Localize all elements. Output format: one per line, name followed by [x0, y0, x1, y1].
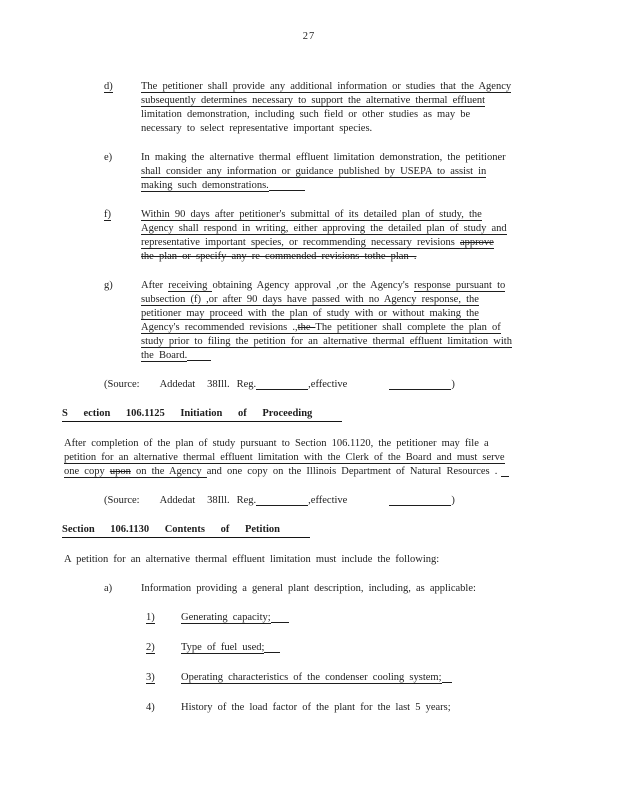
text-run: In making the alternative thermal efflue… [141, 152, 506, 163]
list-label-text: d) [104, 81, 113, 93]
text-run: After [141, 280, 168, 291]
text-run: and one copy on the Illinois Department … [207, 466, 498, 477]
text-line: Generating capacity; [181, 611, 618, 625]
inserted-underlined-text: the Board. [141, 350, 187, 362]
section-heading-text: Section 106.1130 Contents of Petition [62, 523, 310, 538]
text-line: History of the load factor of the plant … [181, 701, 618, 715]
source-line-2: (Source:Addedat38Ill.Reg.,effective) [104, 494, 618, 508]
text-line: Type of fuel used; [181, 641, 618, 655]
text-line: one copy upon on the Agency and one copy… [64, 465, 618, 479]
list-item-content: Type of fuel used; [181, 641, 618, 655]
text-run: Addedat [160, 495, 196, 506]
text-line: shall consider any information or guidan… [141, 165, 618, 179]
inserted-underlined-text: on [131, 466, 152, 478]
inserted-underlined-text: Agency shall respond in writing, either … [141, 223, 507, 235]
text-line: After receiving obtaining Agency approva… [141, 279, 618, 293]
blank-underline [256, 502, 308, 506]
spacer-gap [195, 502, 207, 503]
text-run: (Source: [104, 495, 140, 506]
text-run: ) [451, 495, 455, 506]
text-line: Operating characteristics of the condens… [181, 671, 618, 685]
section-heading-text: S ection 106.1125 Initiation of Proceedi… [62, 407, 342, 422]
blank-underline [187, 357, 211, 361]
list-item-f: f)Within 90 days after petitioner's subm… [104, 208, 618, 264]
inserted-underlined-text: shall consider any information or guidan… [141, 166, 486, 178]
text-run: 38Ill. [207, 495, 229, 506]
list-item-content: History of the load factor of the plant … [181, 701, 618, 715]
list-label: 3) [146, 671, 181, 685]
text-run: ,effective [308, 379, 347, 390]
list-label: d) [104, 80, 141, 136]
blank-underline [271, 619, 289, 623]
list-item-4: 4)History of the load factor of the plan… [146, 701, 618, 715]
text-line: representative important species, or rec… [141, 236, 618, 250]
text-run: ,effective [308, 495, 347, 506]
text-line: necessary to select representative impor… [141, 122, 618, 136]
blank-underline [442, 679, 452, 683]
inserted-underlined-text: The petitioner shall complete the plan o… [315, 322, 500, 334]
text-line: Agency shall respond in writing, either … [141, 222, 618, 236]
text-run: Reg. [237, 495, 257, 506]
paragraph-106-1130-intro: A petition for an alternative thermal ef… [64, 553, 618, 567]
list-item-a: a)Information providing a general plant … [104, 582, 618, 596]
struck-inserted-text: approve [460, 237, 494, 249]
section-heading-106-1125: S ection 106.1125 Initiation of Proceedi… [62, 407, 618, 422]
list-item-3: 3)Operating characteristics of the conde… [146, 671, 618, 685]
paragraph-106-1125: After completion of the plan of study pu… [64, 437, 618, 479]
inserted-underlined-text: Generating capacity; [181, 612, 271, 624]
inserted-underlined-text: subsection (f) ,or after 90 days have pa… [141, 294, 479, 306]
text-run: Reg. [237, 379, 257, 390]
struck-inserted-text: upon [110, 466, 131, 478]
text-line: Information providing a general plant de… [141, 582, 618, 596]
inserted-underlined-text: one copy [64, 466, 110, 478]
page-number: 27 [0, 30, 618, 44]
spacer-gap [140, 502, 160, 503]
list-label-text: 1) [146, 612, 155, 624]
text-run: A petition for an alternative thermal ef… [64, 554, 439, 565]
text-run: obtaining Agency approval ,or the Agency… [212, 280, 413, 291]
text-run: (Source: [104, 379, 140, 390]
list-label-text: 4) [146, 702, 155, 713]
text-line: The petitioner shall provide any additio… [141, 80, 618, 94]
inserted-underlined-text: Operating characteristics of the condens… [181, 672, 442, 684]
list-item-2: 2)Type of fuel used; [146, 641, 618, 655]
list-item-e: e)In making the alternative thermal effl… [104, 151, 618, 193]
text-run: 38Ill. [207, 379, 229, 390]
text-line: the Board. [141, 349, 618, 363]
list-item-content: Information providing a general plant de… [141, 582, 618, 596]
text-run: ) [451, 379, 455, 390]
list-label: e) [104, 151, 141, 193]
inserted-underlined-text: petition for an alternative thermal effl… [64, 452, 505, 464]
list-item-content: Generating capacity; [181, 611, 618, 625]
blank-underline [501, 473, 509, 477]
text-line: Agency's recommended revisions .,the The… [141, 321, 618, 335]
blank-underline [256, 386, 308, 390]
blank-underline [269, 187, 305, 191]
inserted-underlined-text: study prior to filing the petition for a… [141, 336, 512, 348]
inserted-underlined-text: Within 90 days after petitioner's submit… [141, 209, 482, 221]
inserted-underlined-text: the Agency [152, 466, 207, 478]
inserted-underlined-text: The petitioner shall provide any additio… [141, 81, 511, 93]
text-line: After completion of the plan of study pu… [64, 437, 618, 451]
text-line: study prior to filing the petition for a… [141, 335, 618, 349]
text-line: subsequently determines necessary to sup… [141, 94, 618, 108]
document-page: 27 d)The petitioner shall provide any ad… [0, 0, 618, 800]
list-label: f) [104, 208, 141, 264]
spacer-gap [140, 386, 160, 387]
text-run: limitation demonstration, including such… [141, 109, 470, 120]
list-label-text: e) [104, 152, 112, 163]
document-body: d)The petitioner shall provide any addit… [0, 80, 618, 715]
spacer-gap [230, 386, 237, 387]
text-line: In making the alternative thermal efflue… [141, 151, 618, 165]
list-label: a) [104, 582, 141, 596]
list-item-content: After receiving obtaining Agency approva… [141, 279, 618, 363]
inserted-underlined-text: petitioner may proceed with the plan of … [141, 308, 479, 320]
inserted-underlined-text: making such demonstrations. [141, 180, 269, 192]
text-line: petition for an alternative thermal effl… [64, 451, 618, 465]
source-line-1: (Source:Addedat38Ill.Reg.,effective) [104, 378, 618, 392]
text-line: limitation demonstration, including such… [141, 108, 618, 122]
list-label-text: a) [104, 583, 112, 594]
text-run: After completion of the plan of study pu… [64, 438, 489, 449]
list-item-d: d)The petitioner shall provide any addit… [104, 80, 618, 136]
text-line: the plan or specify any re commended rev… [141, 250, 618, 264]
list-label: 4) [146, 701, 181, 715]
list-item-content: Within 90 days after petitioner's submit… [141, 208, 618, 264]
text-run: Addedat [160, 379, 196, 390]
spacer-gap [195, 386, 207, 387]
spacer-gap [230, 502, 237, 503]
list-label: 2) [146, 641, 181, 655]
text-line: A petition for an alternative thermal ef… [64, 553, 618, 567]
text-run: History of the load factor of the plant … [181, 702, 451, 713]
list-label-text: f) [104, 209, 111, 221]
list-item-g: g)After receiving obtaining Agency appro… [104, 279, 618, 363]
list-label-text: 3) [146, 672, 155, 684]
text-line: petitioner may proceed with the plan of … [141, 307, 618, 321]
inserted-underlined-text: subsequently determines necessary to sup… [141, 95, 485, 107]
text-line: Within 90 days after petitioner's submit… [141, 208, 618, 222]
text-line: subsection (f) ,or after 90 days have pa… [141, 293, 618, 307]
list-item-content: The petitioner shall provide any additio… [141, 80, 618, 136]
list-item-content: In making the alternative thermal efflue… [141, 151, 618, 193]
inserted-underlined-text: Agency's recommended revisions ., [141, 322, 298, 334]
section-heading-106-1130: Section 106.1130 Contents of Petition [62, 523, 618, 538]
inserted-underlined-text: Type of fuel used; [181, 642, 264, 654]
inserted-underlined-text: response pursuant to [414, 280, 505, 292]
text-line: making such demonstrations. [141, 179, 618, 193]
text-run: necessary to select representative impor… [141, 123, 372, 134]
blank-underline [264, 649, 280, 653]
struck-inserted-text: the [298, 322, 316, 334]
list-label: g) [104, 279, 141, 363]
list-item-1: 1)Generating capacity; [146, 611, 618, 625]
inserted-underlined-text: representative important species, or rec… [141, 237, 460, 249]
inserted-underlined-text: receiving [168, 280, 212, 292]
list-label: 1) [146, 611, 181, 625]
blank-underline [389, 386, 451, 390]
spacer-gap [347, 502, 389, 503]
blank-underline [389, 502, 451, 506]
list-label-text: g) [104, 280, 113, 291]
list-label-text: 2) [146, 642, 155, 654]
spacer-gap [347, 386, 389, 387]
list-item-content: Operating characteristics of the condens… [181, 671, 618, 685]
text-run: Information providing a general plant de… [141, 583, 476, 594]
struck-text: the plan or specify any re commended rev… [141, 251, 416, 262]
